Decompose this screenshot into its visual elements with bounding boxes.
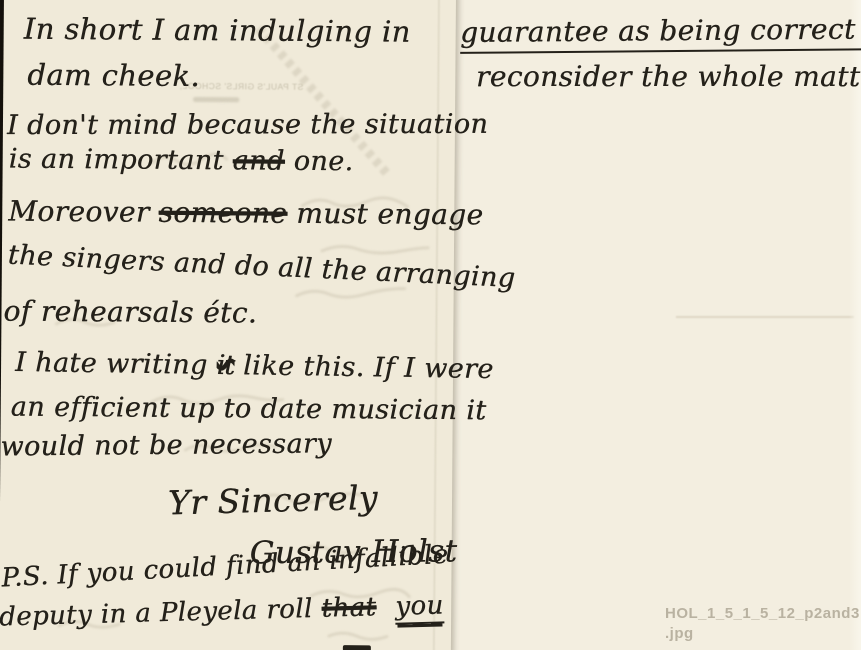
handwriting-line-9: an efficient up to date musician it (11, 392, 487, 427)
ps-text: deputy in a Pleyela roll (0, 594, 313, 632)
scribbled-out-word: it (216, 350, 234, 381)
handwriting-line-10: would not be necessary (0, 428, 332, 462)
handwriting-line-8: I hate writingitlike this. If I were (15, 347, 494, 385)
line-8-text: I hate writing (15, 347, 208, 381)
handwriting-line-5: Moreoversomeonemust engage (8, 194, 483, 231)
letterhead-smudge (193, 97, 239, 102)
underlined-phrase: guarantee as being correct I'll (460, 12, 861, 54)
letter-page-right: guarantee as being correct I'll reconsid… (446, 0, 861, 650)
struck-word: and (233, 145, 285, 176)
line-8-text-after: like this. If I were (243, 350, 494, 385)
line-5-text: Moreover (8, 194, 150, 228)
line-4-text: is an important (9, 143, 224, 176)
page-edge-highlight (849, 0, 861, 650)
struck-word: that (321, 592, 377, 623)
paper-crease (676, 316, 854, 318)
line-4-text-after: one. (294, 146, 354, 177)
handwriting-line-1: In short I am indulging in (24, 12, 411, 49)
underlined-word: you (395, 590, 444, 624)
handwriting-line-7: of rehearsals étc. (3, 294, 257, 329)
postscript-line-1: P.S. If you could find an infallible (1, 540, 450, 594)
letter-page-left: ST PAUL'S GIRLS' SCHOOL, In short I am i… (0, 0, 456, 650)
handwriting-line-right-2: reconsider the whole matter. (476, 60, 861, 93)
line-5-text-after: must engage (296, 197, 483, 231)
handwriting-line-3: I don't mind because the situation (7, 109, 488, 141)
filename-watermark: HOL_1_5_1_5_12_p2and3 .jpg (665, 604, 860, 644)
filename-line-1: HOL_1_5_1_5_12_p2and3 (665, 604, 860, 624)
handwriting-line-4: is an importantandone. (9, 143, 354, 177)
handwriting-line-right-1: guarantee as being correct I'll (460, 12, 861, 49)
handwriting-line-2: dam cheek. (27, 58, 200, 93)
closing-valediction: Yr Sincerely (168, 478, 379, 523)
struck-word: someone (158, 196, 287, 230)
postscript-line-2: deputy in a Pleyela rollthatyou (0, 590, 444, 632)
handwriting-line-6: the singers and do all the arranging (7, 240, 516, 294)
cutoff-ink-stroke (343, 645, 371, 650)
scanned-letter-image: guarantee as being correct I'll reconsid… (0, 0, 861, 650)
filename-line-2: .jpg (665, 624, 860, 644)
